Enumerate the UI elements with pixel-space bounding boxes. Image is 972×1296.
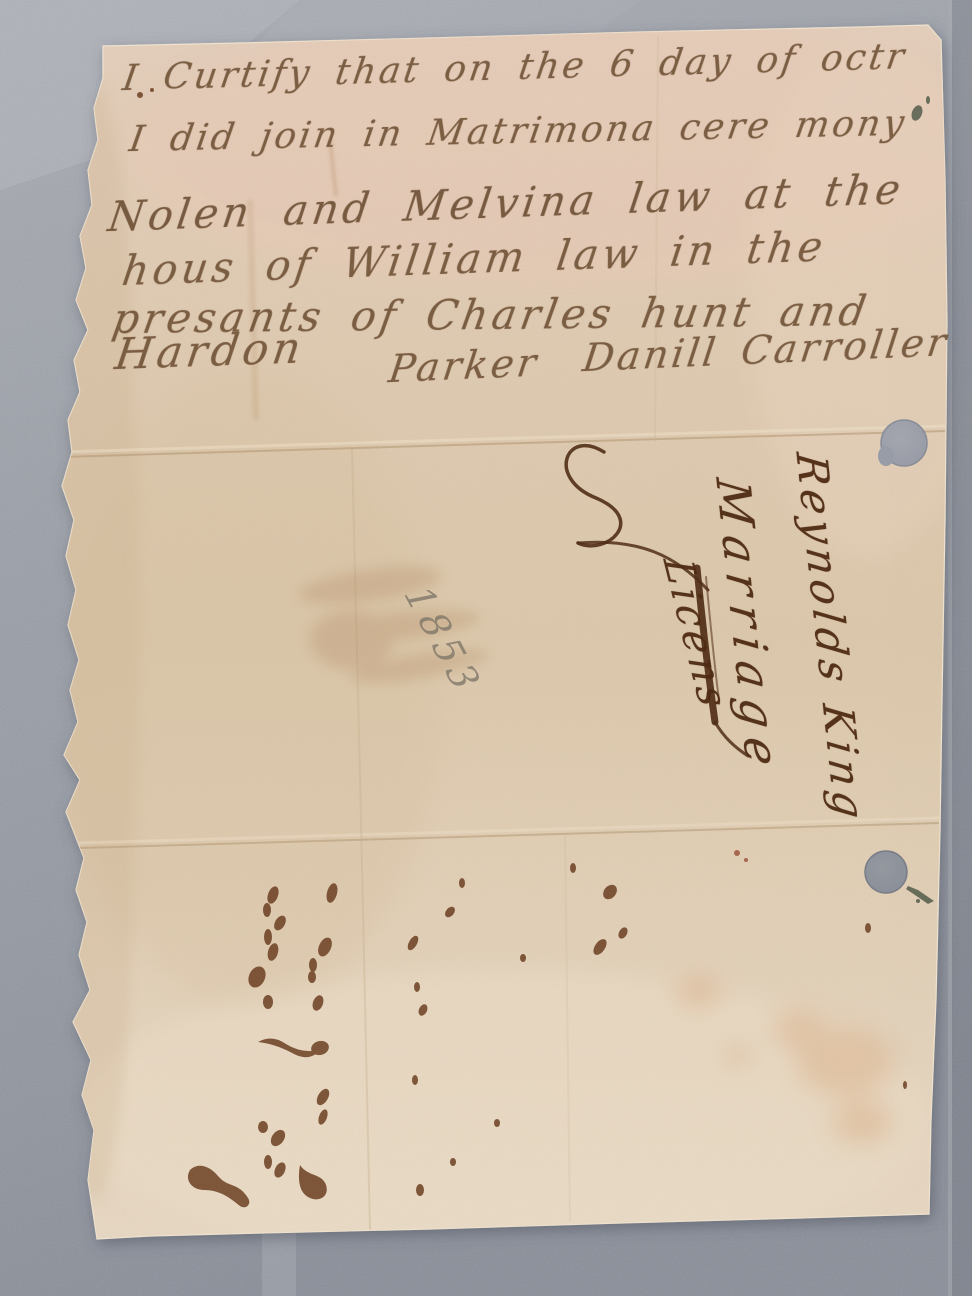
- document-photo-scene: [0, 0, 972, 1296]
- punch-hole-bottom: [865, 851, 907, 893]
- photo-of-document: I Curtify that on the 6 day of octr I di…: [0, 0, 972, 1296]
- paper-sheet: [0, 0, 972, 1296]
